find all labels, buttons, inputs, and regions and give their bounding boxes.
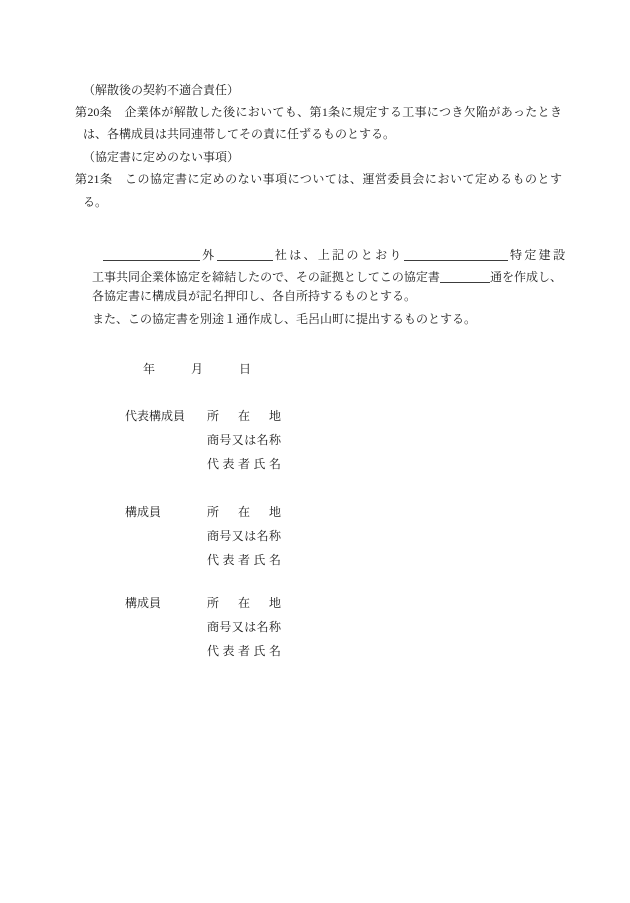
blank-field-copy-count [440,270,490,283]
article-20-line-2: は、各構成員は共同連帯してその責に任ずるものとする。 [83,128,395,140]
party-label: 構成員 [125,506,207,518]
field-label-address: 所在地 [207,410,281,422]
date-month-label: 月 [191,363,203,375]
blank-field-representative-name [103,248,200,261]
caption-line-unstipulated-matters: （協定書に定めのない事項） [83,151,239,163]
closing-text-segment: 特定建設 [508,248,565,262]
closing-text-segment: 通を作成し、 [490,270,562,284]
article-21-line-1: 第21条 この協定書に定めのない事項については、運営委員会において定めるものとす [75,173,562,185]
field-label-address: 所在地 [207,506,281,518]
field-label-representative-name: 代表者氏名 [207,645,281,657]
article-20-line-1: 第20条 企業体が解散した後においても、第1条に規定する工事につき欠陥があったと… [75,106,562,118]
article-21-line-2: る。 [83,196,107,208]
field-label-trade-name: 商号又は名称 [207,530,281,542]
field-label-trade-name: 商号又は名称 [207,621,281,633]
field-label-trade-name: 商号又は名称 [207,434,281,446]
closing-line-3: 各協定書に構成員が記名押印し、各自所持するものとする。 [92,290,416,302]
document-page: （解散後の契約不適合責任） 第20条 企業体が解散した後においても、第1条に規定… [0,0,630,903]
closing-line-1: 外社は、上記のとおり特定建設 [103,246,565,261]
signature-block-member-2: 構成員 所在地 商号又は名称 代表者氏名 [125,597,281,657]
closing-line-2: 工事共同企業体協定を締結したので、その証拠としてこの協定書通を作成し、 [92,268,562,283]
field-label-address: 所在地 [207,597,281,609]
blank-field-jv-name [404,248,508,261]
closing-line-4: また、この協定書を別途１通作成し、毛呂山町に提出するものとする。 [92,313,476,325]
date-day-label: 日 [239,363,251,375]
closing-text-segment: 外 [200,248,217,262]
signature-block-member-1: 構成員 所在地 商号又は名称 代表者氏名 [125,506,281,566]
closing-text-segment: 工事共同企業体協定を締結したので、その証拠としてこの協定書 [92,270,440,284]
blank-field-company-count [217,248,273,261]
signature-block-representative: 代表構成員 所在地 商号又は名称 代表者氏名 [125,410,281,470]
closing-text-segment: 社は、上記のとおり [273,248,404,262]
party-label: 代表構成員 [125,410,207,422]
party-label: 構成員 [125,597,207,609]
date-line: 年 月 日 [143,363,251,375]
field-label-representative-name: 代表者氏名 [207,554,281,566]
caption-line-defect-liability: （解散後の契約不適合責任） [83,84,239,96]
date-year-label: 年 [143,363,155,375]
field-label-representative-name: 代表者氏名 [207,458,281,470]
